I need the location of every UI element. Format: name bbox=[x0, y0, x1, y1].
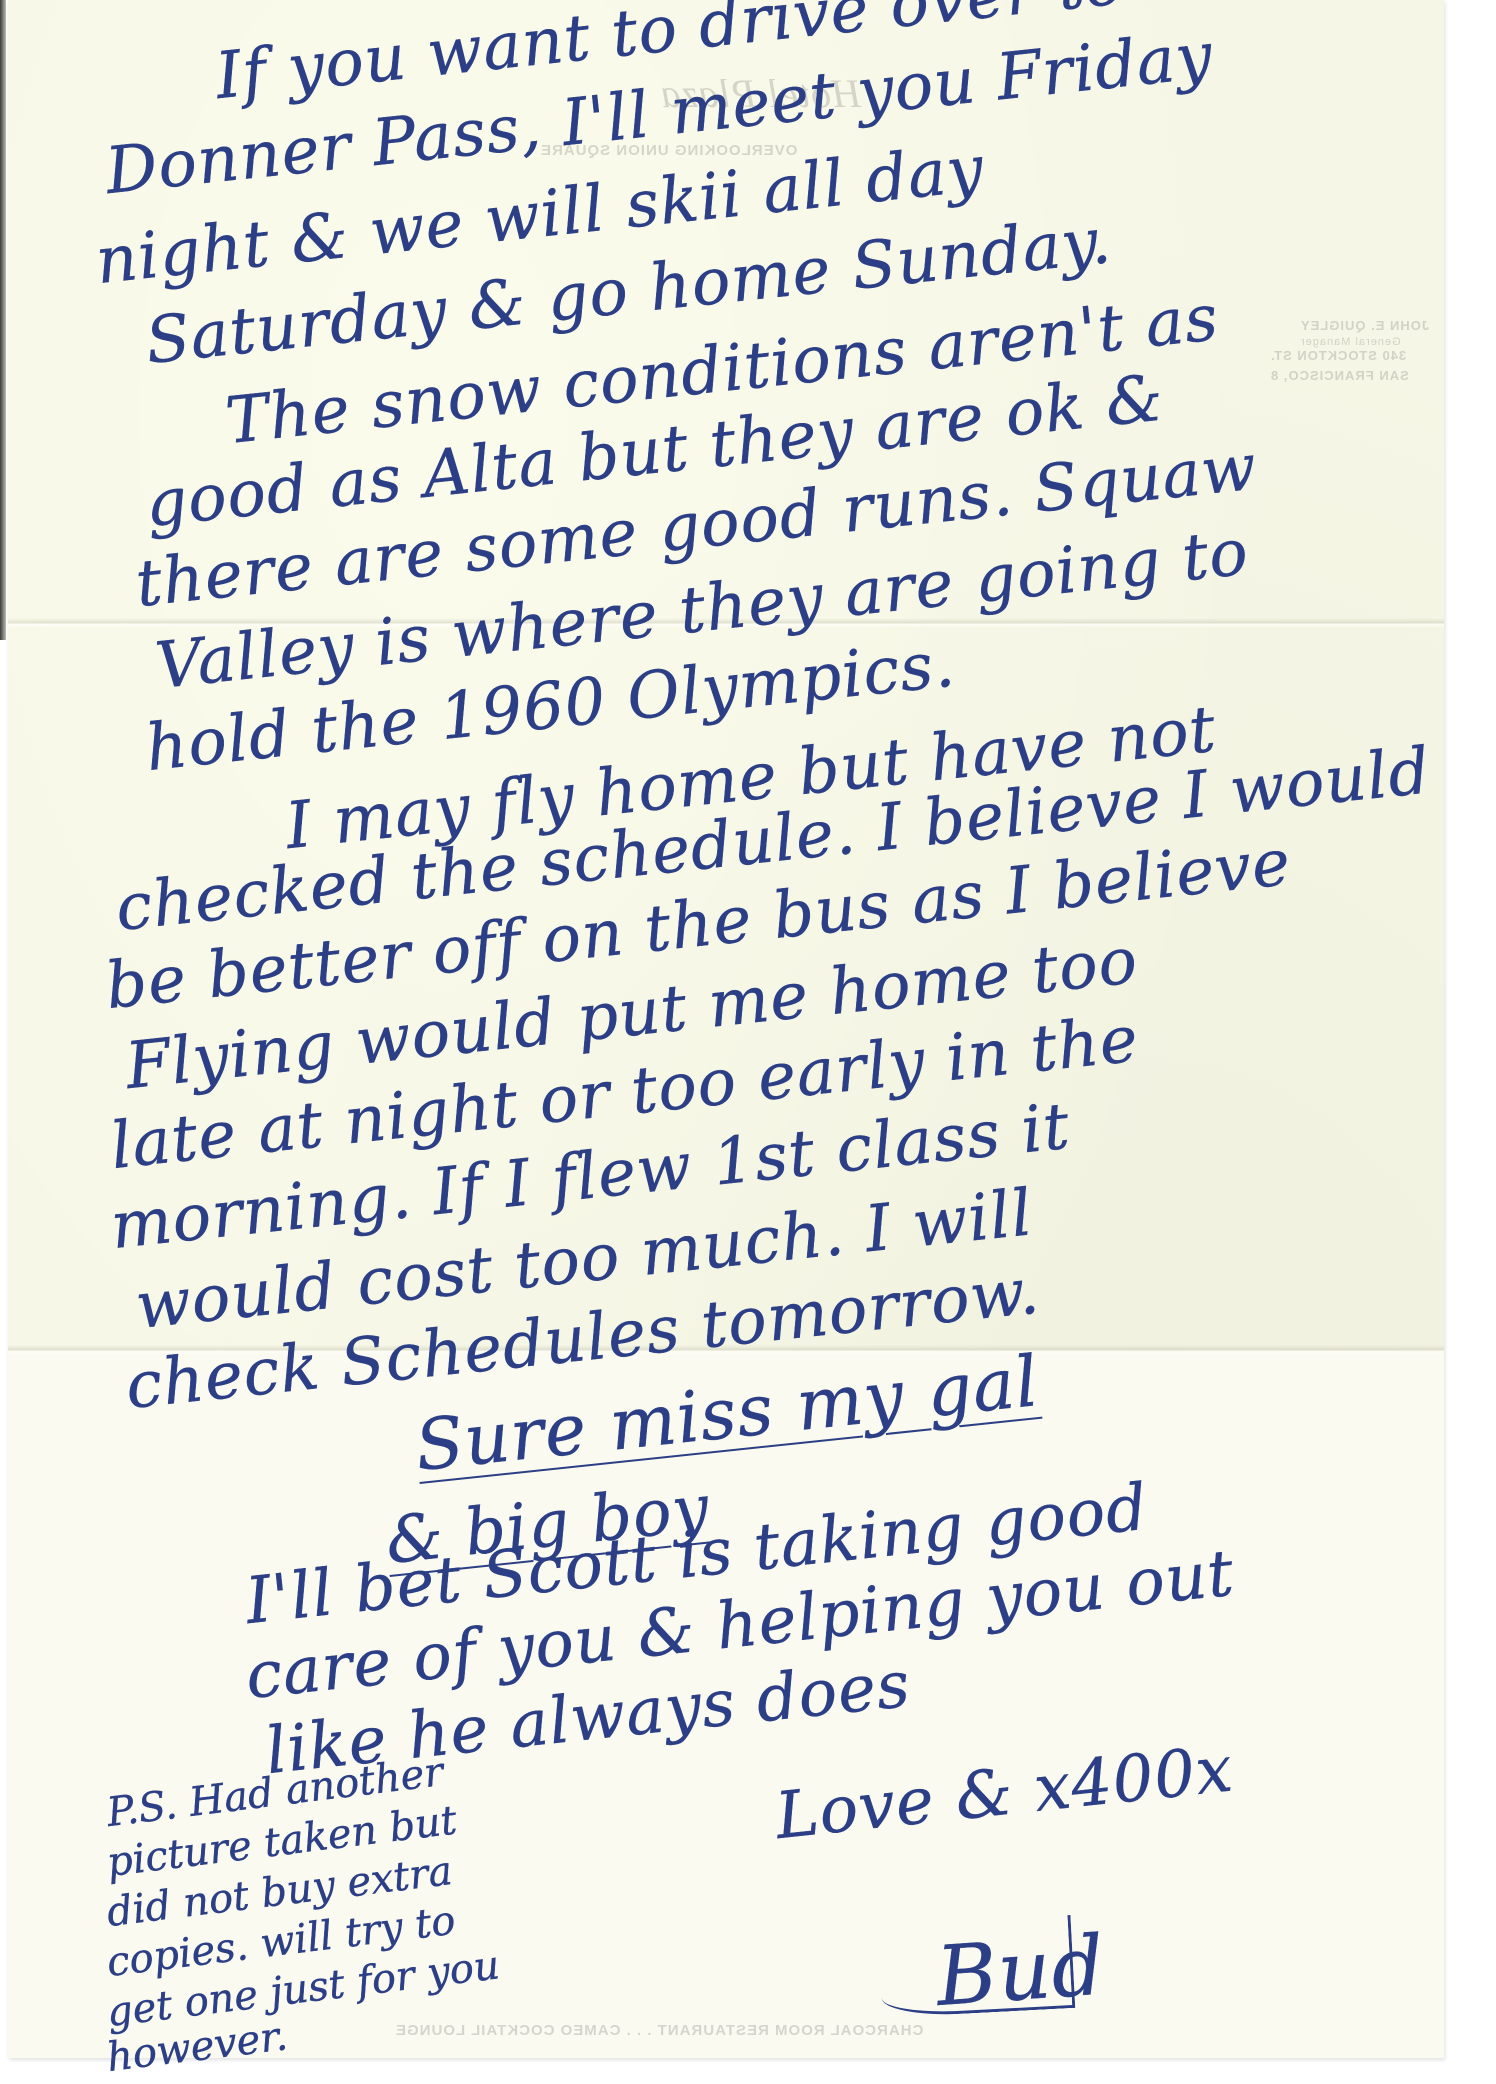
letterhead-address-line2: SAN FRANCISCO, 8 bbox=[1270, 368, 1409, 383]
letterhead-manager-name: JOHN E. QUIGLEY bbox=[1300, 318, 1429, 333]
letterhead-footer: CHARCOAL ROOM RESTAURANT . . . CAMEO COC… bbox=[395, 2022, 923, 2039]
letterhead-address-line1: 340 STOCKTON ST. bbox=[1270, 348, 1406, 363]
letterhead-manager-title: General Manager bbox=[1300, 336, 1401, 348]
scanner-edge bbox=[0, 0, 6, 640]
signature: Bud bbox=[933, 1918, 1108, 2025]
